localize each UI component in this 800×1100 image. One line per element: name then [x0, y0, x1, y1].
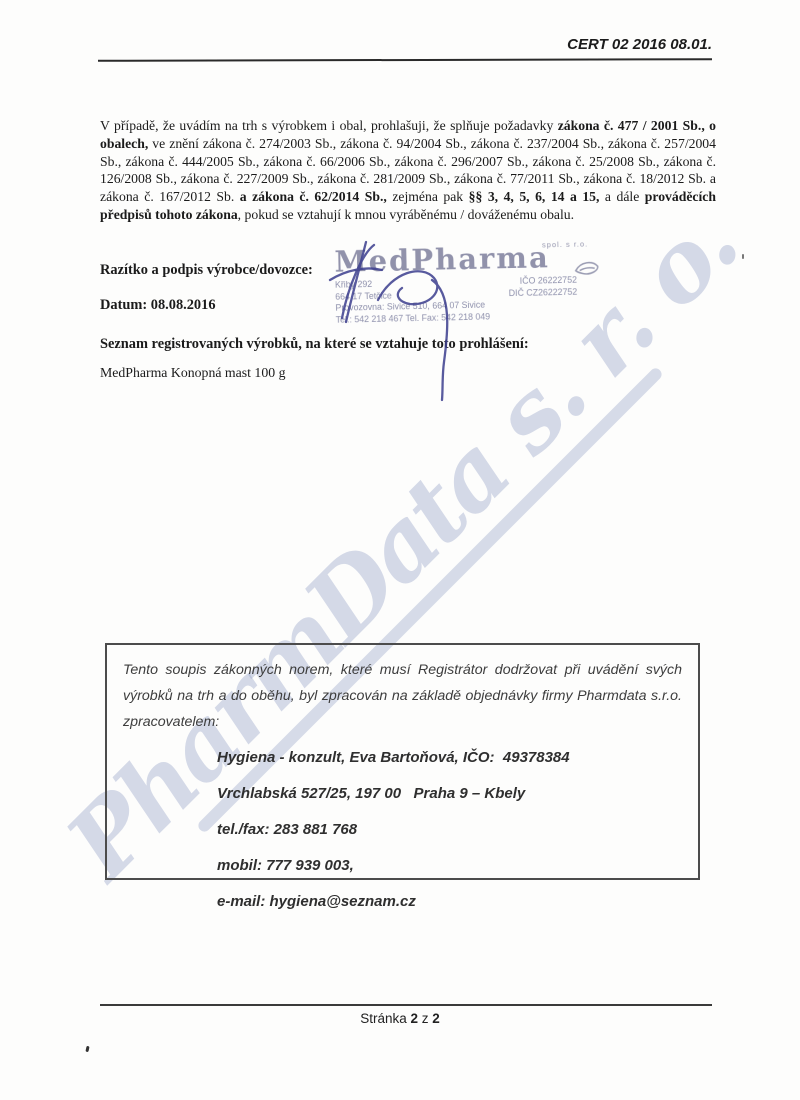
- stamp-signature-label: Razítko a podpis výrobce/dovozce:: [100, 262, 313, 279]
- stamp-legal-form: spol. s r.o.: [542, 239, 588, 249]
- signature-ink: [322, 232, 492, 412]
- contact-email-line: e-mail: hygiena@seznam.cz: [217, 889, 698, 915]
- info-box-intro: Tento soupis zákonných norem, které musí…: [123, 657, 682, 735]
- contact-company-line: Hygiena - konzult, Eva Bartoňová, IČO: 4…: [217, 745, 698, 771]
- header-rule: [98, 58, 712, 62]
- contact-address-line: Vrchlabská 527/25, 197 00 Praha 9 – Kbel…: [217, 781, 698, 807]
- stamp-emblem-icon: [575, 259, 601, 280]
- footer-rule: [100, 1004, 712, 1006]
- product-item: MedPharma Konopná mast 100 g: [100, 365, 285, 381]
- scan-artifact-mark: [85, 1046, 89, 1052]
- processor-info-box: Tento soupis zákonných norem, které musí…: [105, 643, 700, 880]
- contact-telfax-line: tel./fax: 283 881 768: [217, 817, 698, 843]
- date-label: Datum: 08.08.2016: [100, 297, 216, 314]
- page-number: Stránka 2 z 2: [0, 1011, 800, 1026]
- document-code: CERT 02 2016 08.01.: [567, 36, 712, 53]
- declaration-paragraph: V případě, že uvádím na trh s výrobkem i…: [100, 117, 716, 224]
- scanned-document-page: CERT 02 2016 08.01. PharmData s. r. o. V…: [0, 0, 800, 1100]
- contact-mobile-line: mobil: 777 939 003,: [217, 853, 698, 879]
- stamp-dic: DIČ CZ26222752: [509, 286, 578, 299]
